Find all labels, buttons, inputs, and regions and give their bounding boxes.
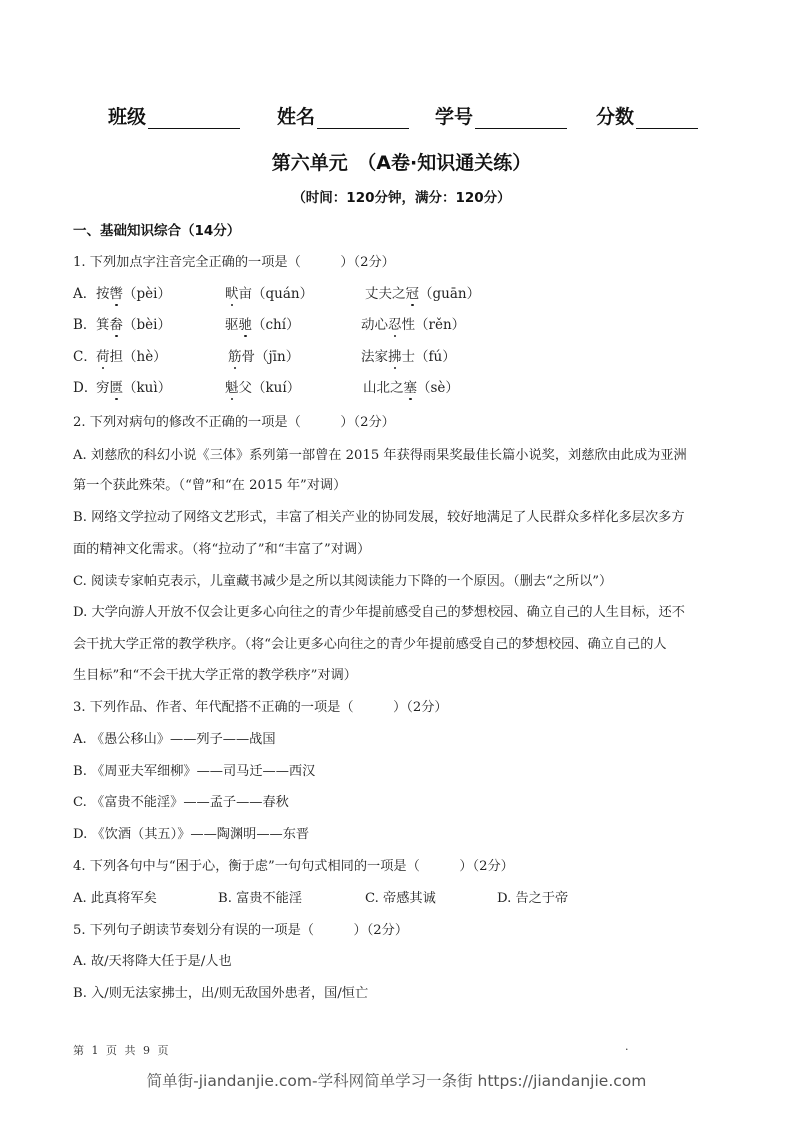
- question-2-option-c: C. 阅读专家帕克表示，儿童藏书减少是之所以其阅读能力下降的一个原因。（删去“之…: [73, 570, 612, 589]
- option-item: 荷担（hè）: [96, 345, 167, 365]
- page-number: 第 1 页 共 9 页: [73, 1042, 170, 1058]
- question-5-option-b: B. 入/则无法家拂士，出/则无敌国外患者，国/恒亡: [73, 982, 368, 1001]
- question-4-stem: 4. 下列各句中与“困于心，衡于虑”一句句式相同的一项是（ ）（2分）: [73, 855, 514, 874]
- score-field[interactable]: 分数: [596, 102, 698, 129]
- emphasis-dot-char: 畚: [110, 313, 124, 333]
- option-item: 畎亩（quán）: [225, 282, 313, 302]
- name-field[interactable]: 姓名: [277, 102, 409, 129]
- question-2-stem: 2. 下列对病句的修改不正确的一项是（ ）（2分）: [73, 411, 395, 430]
- emphasis-dot-char: 匮: [110, 376, 124, 396]
- footer-mark: .: [625, 1040, 629, 1053]
- emphasis-dot-char: 魁: [225, 376, 239, 396]
- option-item: 驱驰（chí）: [225, 313, 300, 333]
- student-info-row: 班级 姓名 学号 分数: [108, 102, 708, 132]
- emphasis-dot-char: 冠: [406, 282, 420, 302]
- student-id-blank-line[interactable]: [475, 108, 567, 129]
- emphasis-dot-char: 筋: [228, 345, 242, 365]
- question-3-stem: 3. 下列作品、作者、年代配搭不正确的一项是（ ）（2分）: [73, 696, 448, 715]
- option-label: B．: [73, 313, 96, 333]
- option-item: 动心忍性（rěn）: [361, 313, 465, 333]
- question-4-option-a: A. 此真将军矣: [73, 887, 157, 906]
- name-blank-line[interactable]: [317, 108, 409, 129]
- option-item: 按辔（pèi）: [96, 282, 171, 302]
- exam-time-info: （时间：120分钟，满分：120分）: [0, 186, 793, 206]
- question-2-option-a-line-1: A. 刘慈欣的科幻小说《三体》系列第一部曾在 2015 年获得雨果奖最佳长篇小说…: [73, 444, 687, 463]
- emphasis-dot-char: 拂: [388, 345, 402, 365]
- section-heading-1: 一、基础知识综合（14分）: [73, 219, 240, 239]
- name-label: 姓名: [277, 106, 315, 128]
- question-3-option-a: A. 《愚公移山》——列子——战国: [73, 728, 276, 747]
- option-item: 箕畚（bèi）: [96, 313, 171, 333]
- question-3-option-d: D. 《饮酒（其五）》——陶渊明——东晋: [73, 823, 309, 842]
- option-label: D．: [73, 376, 97, 396]
- student-id-field[interactable]: 学号: [435, 102, 567, 129]
- emphasis-dot-char: 荷: [96, 345, 110, 365]
- question-5-stem: 5. 下列句子朗读节奏划分有误的一项是（ ）（2分）: [73, 919, 408, 938]
- score-label: 分数: [596, 106, 634, 128]
- question-2-option-a-line-2: 第一个获此殊荣。（“曾”和“在 2015 年”对调）: [73, 474, 346, 493]
- emphasis-dot-char: 忍: [388, 313, 402, 333]
- question-2-option-b-line-2: 面的精神文化需求。（将“拉动了”和“丰富了”对调）: [73, 538, 370, 557]
- question-1-stem: 1. 下列加点字注音完全正确的一项是（ ）（2分）: [73, 251, 395, 270]
- question-2-option-d-line-3: 生目标”和“不会干扰大学正常的教学秩序”对调）: [73, 664, 357, 683]
- watermark-text: 简单街-jiandanjie.com-学科网简单学习一条街 https://ji…: [0, 1069, 793, 1091]
- question-2-option-d-line-2: 会干扰大学正常的教学秩序。（将“会让更多心向往之的青少年提前感受自己的梦想校园、…: [73, 633, 667, 652]
- option-label: C．: [73, 345, 97, 365]
- class-label: 班级: [108, 106, 146, 128]
- question-4-option-c: C. 帝感其诚: [365, 887, 436, 906]
- emphasis-dot-char: 畎: [225, 282, 239, 302]
- question-5-option-a: A. 故/天将降大任于是/人也: [73, 950, 232, 969]
- option-label: A．: [73, 282, 96, 302]
- question-4-option-b: B. 富贵不能淫: [218, 887, 302, 906]
- class-blank-line[interactable]: [148, 108, 240, 129]
- option-item: 山北之塞（sè）: [363, 376, 459, 396]
- class-field[interactable]: 班级: [108, 102, 240, 129]
- emphasis-dot-char: 辔: [110, 282, 124, 302]
- page-title: 第六单元 （A卷·知识通关练）: [0, 148, 793, 175]
- question-2-option-b-line-1: B. 网络文学拉动了网络文艺形式，丰富了相关产业的协同发展，较好地满足了人民群众…: [73, 506, 685, 525]
- question-3-option-c: C. 《富贵不能淫》——孟子——春秋: [73, 791, 289, 810]
- option-item: 法家拂士（fú）: [361, 345, 456, 365]
- question-4-option-d: D. 告之于帝: [497, 887, 568, 906]
- emphasis-dot-char: 驰: [239, 313, 253, 333]
- option-item: 筋骨（jīn）: [228, 345, 299, 365]
- score-blank-line[interactable]: [636, 108, 698, 129]
- student-id-label: 学号: [435, 106, 473, 128]
- option-item: 丈夫之冠（guān）: [365, 282, 480, 302]
- emphasis-dot-char: 塞: [404, 376, 418, 396]
- question-3-option-b: B. 《周亚夫军细柳》——司马迁——西汉: [73, 760, 315, 779]
- question-2-option-d-line-1: D. 大学向游人开放不仅会让更多心向往之的青少年提前感受自己的梦想校园、确立自己…: [73, 601, 685, 620]
- option-item: 魁父（kuí）: [225, 376, 300, 396]
- option-item: 穷匮（kuì）: [96, 376, 171, 396]
